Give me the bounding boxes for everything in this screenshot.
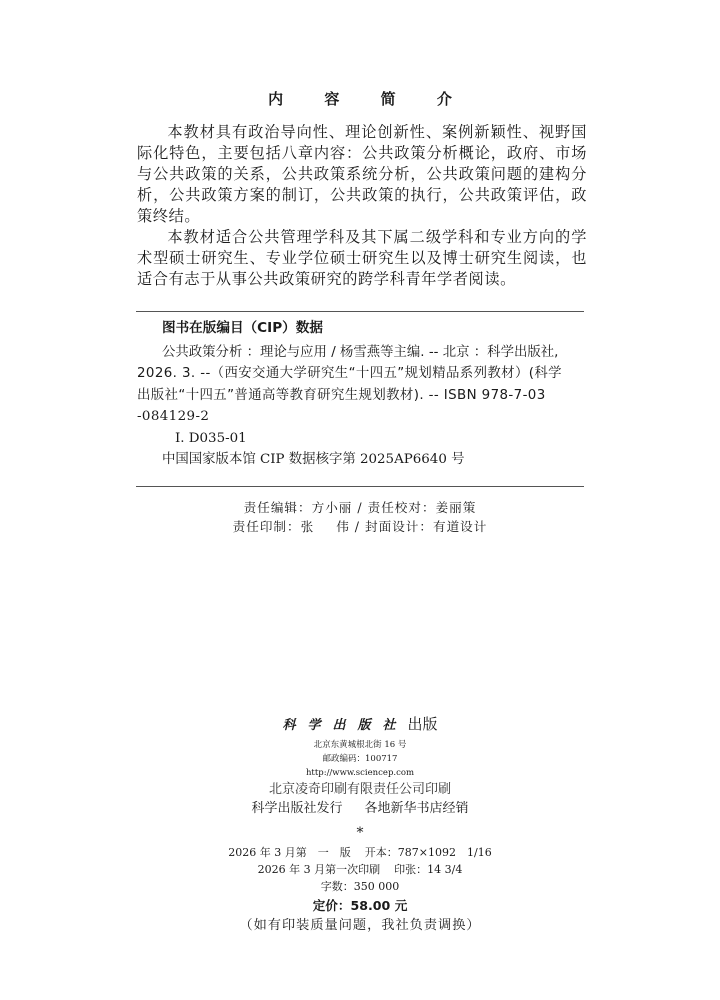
summary-paragraph: 本教材适合公共管理学科及其下属二级学科和专业方向的学术型硕士研究生、专业学位硕士… xyxy=(137,227,587,290)
credits-printing-manager: 责任印制：张 xyxy=(233,519,315,534)
summary-text: 本教材具有政治导向性、理论创新性、案例新颖性、视野国际化特色，主要包括八章内容：… xyxy=(137,122,587,290)
quality-notice: （如有印装质量问题，我社负责调换） xyxy=(0,916,720,936)
distributor: 科学出版社发行 xyxy=(251,801,342,816)
distribution-line: 科学出版社发行各地新华书店经销 xyxy=(0,799,720,818)
word-count: 字数：350 000 xyxy=(0,878,720,895)
sheet-count: 印张：14 3/4 xyxy=(394,863,462,876)
colophon-block: 科学出版社出版 北京东黄城根北街 16 号 邮政编码：100717 http:/… xyxy=(0,712,720,936)
printing-line: 2026 年 3 月第一次印刷印张：14 3/4 xyxy=(0,861,720,878)
printing-date: 2026 年 3 月第一次印刷 xyxy=(258,863,380,876)
page-title: 内 容 简 介 xyxy=(0,88,720,109)
summary-paragraph: 本教材具有政治导向性、理论创新性、案例新颖性、视野国际化特色，主要包括八章内容：… xyxy=(137,122,587,227)
credits-block: 责任编辑：方小丽 / 责任校对：姜丽策 责任印制：张伟 / 封面设计：有道设计 xyxy=(0,498,720,536)
credits-production: 责任印制：张伟 / 封面设计：有道设计 xyxy=(0,517,720,536)
cip-record-line: -084129-2 xyxy=(137,406,587,428)
cip-block: 图书在版编目（CIP）数据 公共政策分析 ：理论与应用 / 杨雪燕等主编. --… xyxy=(137,318,587,471)
printer-line: 北京凌奇印刷有限责任公司印刷 xyxy=(0,780,720,799)
publisher-line: 科学出版社出版 xyxy=(0,712,720,738)
edition-date: 2026 年 3 月第 一 版 xyxy=(228,846,350,859)
cip-heading: 图书在版编目（CIP）数据 xyxy=(137,318,587,340)
format-size: 开本：787×1092 1/16 xyxy=(365,846,492,859)
publisher-logo: 科学出版社 xyxy=(282,718,407,733)
cip-approval: 中国国家版本馆 CIP 数据核字第 2025AP6640 号 xyxy=(137,449,587,471)
cip-record-line: 公共政策分析 ：理论与应用 / 杨雪燕等主编. -- 北京 ：科学出版社, xyxy=(137,342,587,364)
cip-classification: Ⅰ. D035-01 xyxy=(137,428,587,450)
cip-record-line: 2026. 3. --（西安交通大学研究生“十四五”规划精品系列教材）(科学 xyxy=(137,363,587,385)
edition-line: 2026 年 3 月第 一 版开本：787×1092 1/16 xyxy=(0,844,720,861)
credits-editors: 责任编辑：方小丽 / 责任校对：姜丽策 xyxy=(0,498,720,517)
publisher-suffix: 出版 xyxy=(408,715,438,733)
divider-top xyxy=(136,311,584,312)
publisher-postcode: 邮政编码：100717 xyxy=(0,752,720,766)
price: 定价：58.00 元 xyxy=(0,895,720,916)
cip-record-line: 出版社“十四五”普通高等教育研究生规划教材). -- ISBN 978-7-03 xyxy=(137,385,587,407)
credits-cover-design: 伟 / 封面设计：有道设计 xyxy=(336,519,487,534)
publisher-website: http://www.sciencep.com xyxy=(0,766,720,780)
retailer: 各地新华书店经销 xyxy=(365,801,469,816)
divider-bottom xyxy=(136,486,584,487)
separator-asterisk: * xyxy=(0,822,720,844)
publisher-address: 北京东黄城根北街 16 号 xyxy=(0,738,720,752)
